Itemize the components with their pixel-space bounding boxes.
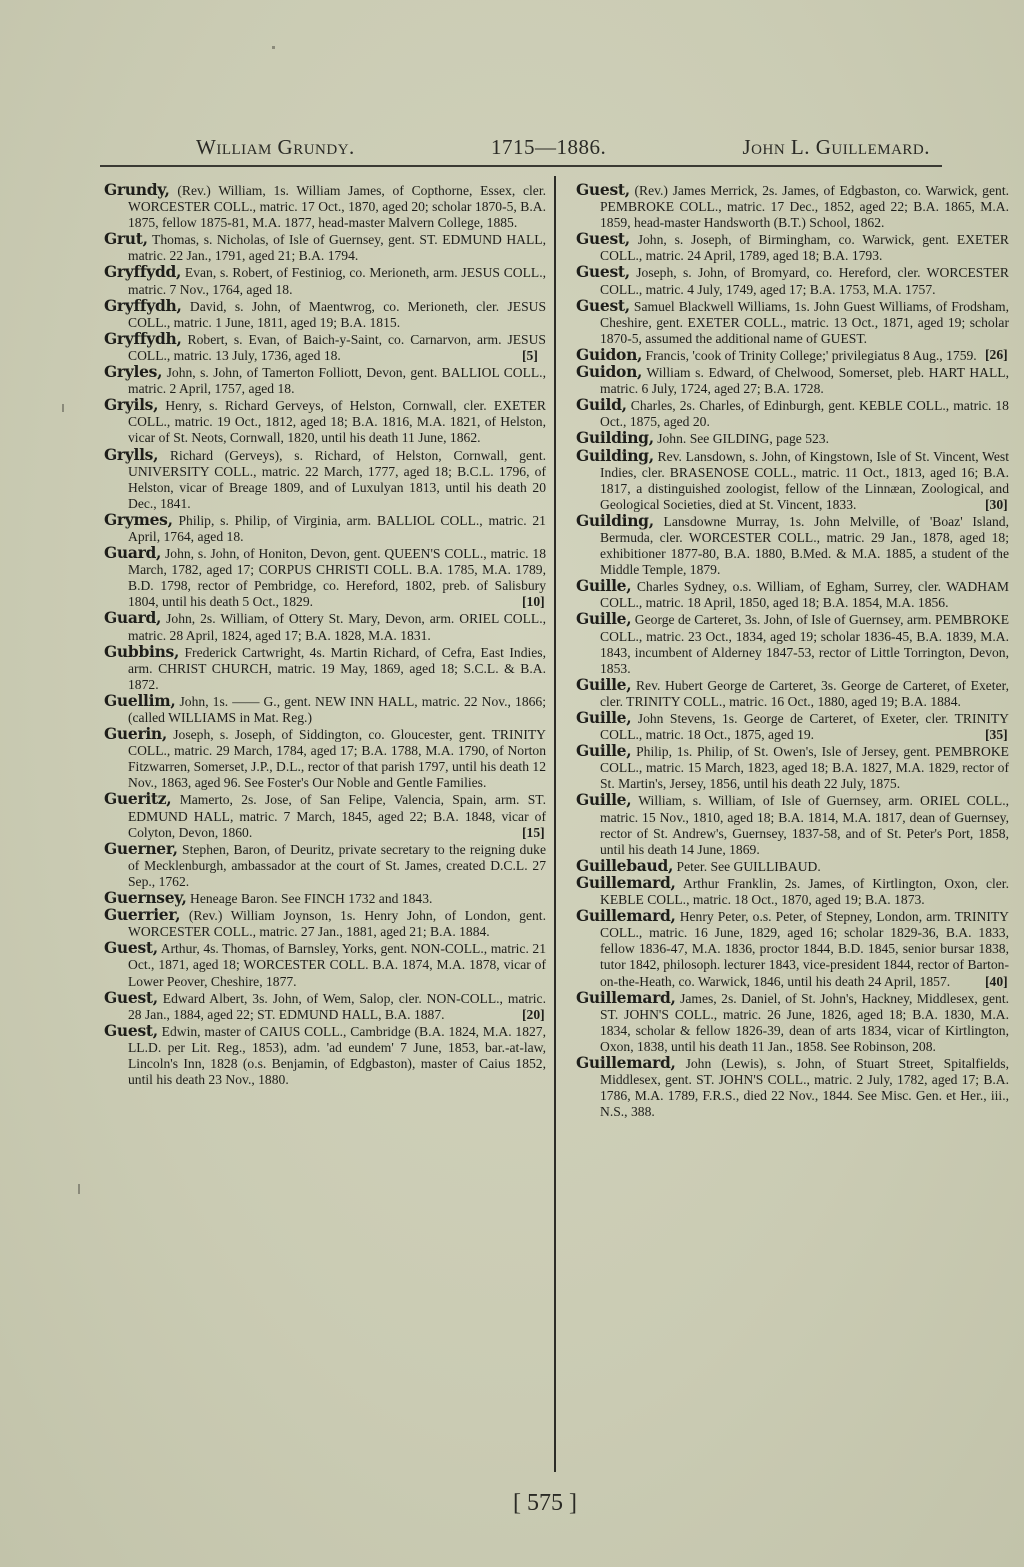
dictionary-entry: Guille, Charles Sydney, o.s. William, of… — [576, 578, 1009, 611]
entry-text: Joseph, s. Joseph, of Siddington, co. Gl… — [128, 727, 546, 790]
entry-headword: Guilding, — [576, 511, 654, 530]
entry-text: Heneage Baron. See FINCH 1732 and 1843. — [190, 891, 432, 906]
entry-text: Thomas, s. Nicholas, of Isle of Guernsey… — [128, 232, 546, 263]
entry-text: John, 1s. —— G., gent. NEW INN HALL, mat… — [128, 694, 546, 725]
dictionary-entry: Guest, (Rev.) James Merrick, 2s. James, … — [576, 182, 1009, 231]
entry-headword: Guellim, — [104, 691, 175, 710]
entry-headword: Guest, — [104, 1021, 158, 1040]
entry-text: (Rev.) William, 1s. William James, of Co… — [128, 183, 546, 230]
dictionary-entry: Guerner, Stephen, Baron, of Deuritz, pri… — [104, 841, 546, 890]
entry-headword: Guerner, — [104, 839, 178, 858]
dictionary-entry: Guille, Rev. Hubert George de Carteret, … — [576, 677, 1009, 710]
dictionary-entry: Gryles, John, s. John, of Tamerton Folli… — [104, 364, 546, 397]
dictionary-entry: Guard, John, s. John, of Honiton, Devon,… — [104, 545, 546, 610]
entry-text: Philip, s. Philip, of Virginia, arm. BAL… — [128, 513, 546, 544]
dictionary-entry: Gubbins, Frederick Cartwright, 4s. Marti… — [104, 644, 546, 693]
header-rule — [100, 165, 942, 167]
dictionary-entry: Guard, John, 2s. William, of Ottery St. … — [104, 610, 546, 643]
entry-text: Francis, 'cook of Trinity College;' priv… — [646, 348, 977, 363]
scan-speck — [62, 404, 64, 412]
book-page: William Grundy. 1715—1886. John L. Guill… — [0, 0, 1024, 1567]
entry-headword: Guille, — [576, 609, 631, 628]
entry-headword: Guidon, — [576, 362, 642, 381]
entry-text: John, s. Joseph, of Birmingham, co. Warw… — [600, 232, 1009, 263]
entry-text: David, s. John, of Maentwrog, co. Merion… — [128, 299, 546, 330]
dictionary-entry: Guidon, William s. Edward, of Chelwood, … — [576, 364, 1009, 397]
entry-headword: Guillemard, — [576, 906, 676, 925]
dictionary-entry: Guerin, Joseph, s. Joseph, of Siddington… — [104, 726, 546, 791]
dictionary-entry: Gryils, Henry, s. Richard Gerveys, of He… — [104, 397, 546, 446]
dictionary-entry: Gryffydd, Evan, s. Robert, of Festiniog,… — [104, 264, 546, 297]
entry-headword: Guille, — [576, 741, 631, 760]
entry-text: Joseph, s. John, of Bromyard, co. Herefo… — [600, 265, 1009, 296]
dictionary-entry: Guerrier, (Rev.) William Joynson, 1s. He… — [104, 907, 546, 940]
entry-headword: Grundy, — [104, 180, 170, 199]
header-first-name: William Grundy. — [196, 135, 355, 160]
dictionary-entry: Guest, Edward Albert, 3s. John, of Wem, … — [104, 990, 546, 1023]
entry-text: Lansdowne Murray, 1s. John Melville, of … — [600, 514, 1009, 577]
entry-headword: Guillemard, — [576, 1053, 676, 1072]
entry-text: William, s. William, of Isle of Guernsey… — [600, 793, 1009, 856]
entry-headword: Guillemard, — [576, 988, 676, 1007]
entry-headword: Guard, — [104, 608, 161, 627]
entry-text: Richard (Gerveys), s. Richard, of Helsto… — [128, 448, 546, 511]
entry-headword: Grut, — [104, 229, 148, 248]
entry-headword: Guest, — [576, 180, 630, 199]
entry-headword: Gryffydh, — [104, 296, 182, 315]
entry-headword: Guild, — [576, 395, 627, 414]
running-header: William Grundy. 1715—1886. John L. Guill… — [100, 132, 940, 162]
dictionary-entry: Guilding, Rev. Lansdown, s. John, of Kin… — [576, 448, 1009, 513]
entry-headword: Guille, — [576, 790, 631, 809]
dictionary-entry: Guille, William, s. William, of Isle of … — [576, 792, 1009, 857]
dictionary-entry: Guillemard, Henry Peter, o.s. Peter, of … — [576, 908, 1009, 989]
entry-text: Samuel Blackwell Williams, 1s. John Gues… — [600, 299, 1009, 346]
column-divider — [554, 176, 556, 1472]
dictionary-entry: Guest, Arthur, 4s. Thomas, of Barnsley, … — [104, 940, 546, 989]
entry-text: Charles, 2s. Charles, of Edinburgh, gent… — [600, 398, 1009, 429]
dictionary-entry: Guillemard, John (Lewis), s. John, of St… — [576, 1055, 1009, 1120]
header-last-name: John L. Guillemard. — [743, 135, 931, 160]
entry-headword: Guest, — [576, 262, 630, 281]
entry-headword: Guest, — [104, 938, 158, 957]
entry-text: John, 2s. William, of Ottery St. Mary, D… — [128, 611, 546, 642]
dictionary-entry: Guellim, John, 1s. —— G., gent. NEW INN … — [104, 693, 546, 726]
right-column: Guest, (Rev.) James Merrick, 2s. James, … — [576, 182, 1009, 1120]
dictionary-entry: Guest, John, s. Joseph, of Birmingham, c… — [576, 231, 1009, 264]
entry-text: John, s. John, of Tamerton Folliott, Dev… — [128, 365, 546, 396]
dictionary-entry: Guillemard, James, 2s. Daniel, of St. Jo… — [576, 990, 1009, 1055]
entry-headword: Guerrier, — [104, 905, 180, 924]
entry-text: Philip, 1s. Philip, of St. Owen's, Isle … — [600, 744, 1009, 791]
entry-headword: Gueritz, — [104, 789, 171, 808]
dictionary-entry: Guille, John Stevens, 1s. George de Cart… — [576, 710, 1009, 743]
entry-headword: Guilding, — [576, 446, 654, 465]
dictionary-entry: Guille, George de Carteret, 3s. John, of… — [576, 611, 1009, 676]
scan-speck — [78, 1184, 80, 1194]
page-number: [ 575 ] — [0, 1490, 1024, 1517]
dictionary-entry: Grundy, (Rev.) William, 1s. William Jame… — [104, 182, 546, 231]
entry-text: Rev. Hubert George de Carteret, 3s. Geor… — [600, 678, 1009, 709]
entry-text: George de Carteret, 3s. John, of Isle of… — [600, 612, 1009, 675]
entry-text: Stephen, Baron, of Deuritz, private secr… — [128, 842, 546, 889]
entry-text: John. See GILDING, page 523. — [657, 431, 829, 446]
dictionary-entry: Guille, Philip, 1s. Philip, of St. Owen'… — [576, 743, 1009, 792]
entry-text: Evan, s. Robert, of Festiniog, co. Merio… — [128, 265, 546, 296]
entry-headword: Guille, — [576, 675, 631, 694]
dictionary-entry: Guillemard, Arthur Franklin, 2s. James, … — [576, 875, 1009, 908]
entry-headword: Gryffydh, — [104, 329, 182, 348]
entry-text: John, s. John, of Honiton, Devon, gent. … — [128, 546, 546, 609]
dictionary-entry: Guest, Edwin, master of CAIUS COLL., Cam… — [104, 1023, 546, 1088]
entry-headword: Gryils, — [104, 395, 158, 414]
dictionary-entry: Grut, Thomas, s. Nicholas, of Isle of Gu… — [104, 231, 546, 264]
entry-headword: Guillemard, — [576, 873, 676, 892]
entry-text: John Stevens, 1s. George de Carteret, of… — [600, 711, 1009, 742]
dictionary-entry: Grylls, Richard (Gerveys), s. Richard, o… — [104, 447, 546, 512]
header-date-range: 1715—1886. — [491, 135, 606, 160]
entry-text: (Rev.) James Merrick, 2s. James, of Edgb… — [600, 183, 1009, 230]
dictionary-entry: Gueritz, Mamerto, 2s. Jose, of San Felip… — [104, 791, 546, 840]
entry-headword: Gryles, — [104, 362, 162, 381]
entry-text: Rev. Lansdown, s. John, of Kingstown, Is… — [600, 449, 1009, 512]
dictionary-entry: Gryffydh, Robert, s. Evan, of Baich-y-Sa… — [104, 331, 546, 364]
entry-headword: Guest, — [576, 229, 630, 248]
dictionary-entry: Guest, Samuel Blackwell Williams, 1s. Jo… — [576, 298, 1009, 347]
entry-headword: Gubbins, — [104, 642, 179, 661]
entry-headword: Guest, — [576, 296, 630, 315]
left-column: Grundy, (Rev.) William, 1s. William Jame… — [104, 182, 546, 1088]
entry-text: Henry, s. Richard Gerveys, of Helston, C… — [128, 398, 546, 445]
dictionary-entry: Gryffydh, David, s. John, of Maentwrog, … — [104, 298, 546, 331]
entry-headword: Grylls, — [104, 445, 158, 464]
entry-text: (Rev.) William Joynson, 1s. Henry John, … — [128, 908, 546, 939]
entry-text: Robert, s. Evan, of Baich-y-Saint, co. C… — [128, 332, 546, 363]
dictionary-entry: Grymes, Philip, s. Philip, of Virginia, … — [104, 512, 546, 545]
entry-text: Mamerto, 2s. Jose, of San Felipe, Valenc… — [128, 792, 546, 839]
dictionary-entry: Guilding, Lansdowne Murray, 1s. John Mel… — [576, 513, 1009, 578]
scan-speck — [272, 46, 275, 49]
entry-text: Arthur, 4s. Thomas, of Barnsley, Yorks, … — [128, 941, 546, 988]
entry-headword: Gryffydd, — [104, 262, 181, 281]
entry-headword: Guille, — [576, 708, 631, 727]
entry-text: Edward Albert, 3s. John, of Wem, Salop, … — [128, 991, 546, 1022]
entry-headword: Guille, — [576, 576, 631, 595]
dictionary-entry: Guild, Charles, 2s. Charles, of Edinburg… — [576, 397, 1009, 430]
entry-headword: Guest, — [104, 988, 158, 1007]
entry-headword: Grymes, — [104, 510, 173, 529]
entry-text: Frederick Cartwright, 4s. Martin Richard… — [128, 645, 546, 692]
entry-text: Peter. See GUILLIBAUD. — [677, 859, 821, 874]
entry-headword: Guard, — [104, 543, 161, 562]
entry-text: William s. Edward, of Chelwood, Somerset… — [600, 365, 1009, 396]
dictionary-entry: Guest, Joseph, s. John, of Bromyard, co.… — [576, 264, 1009, 297]
entry-headword: Guerin, — [104, 724, 167, 743]
entry-text: Charles Sydney, o.s. William, of Egham, … — [600, 579, 1009, 610]
entry-text: Edwin, master of CAIUS COLL., Cambridge … — [128, 1024, 546, 1087]
